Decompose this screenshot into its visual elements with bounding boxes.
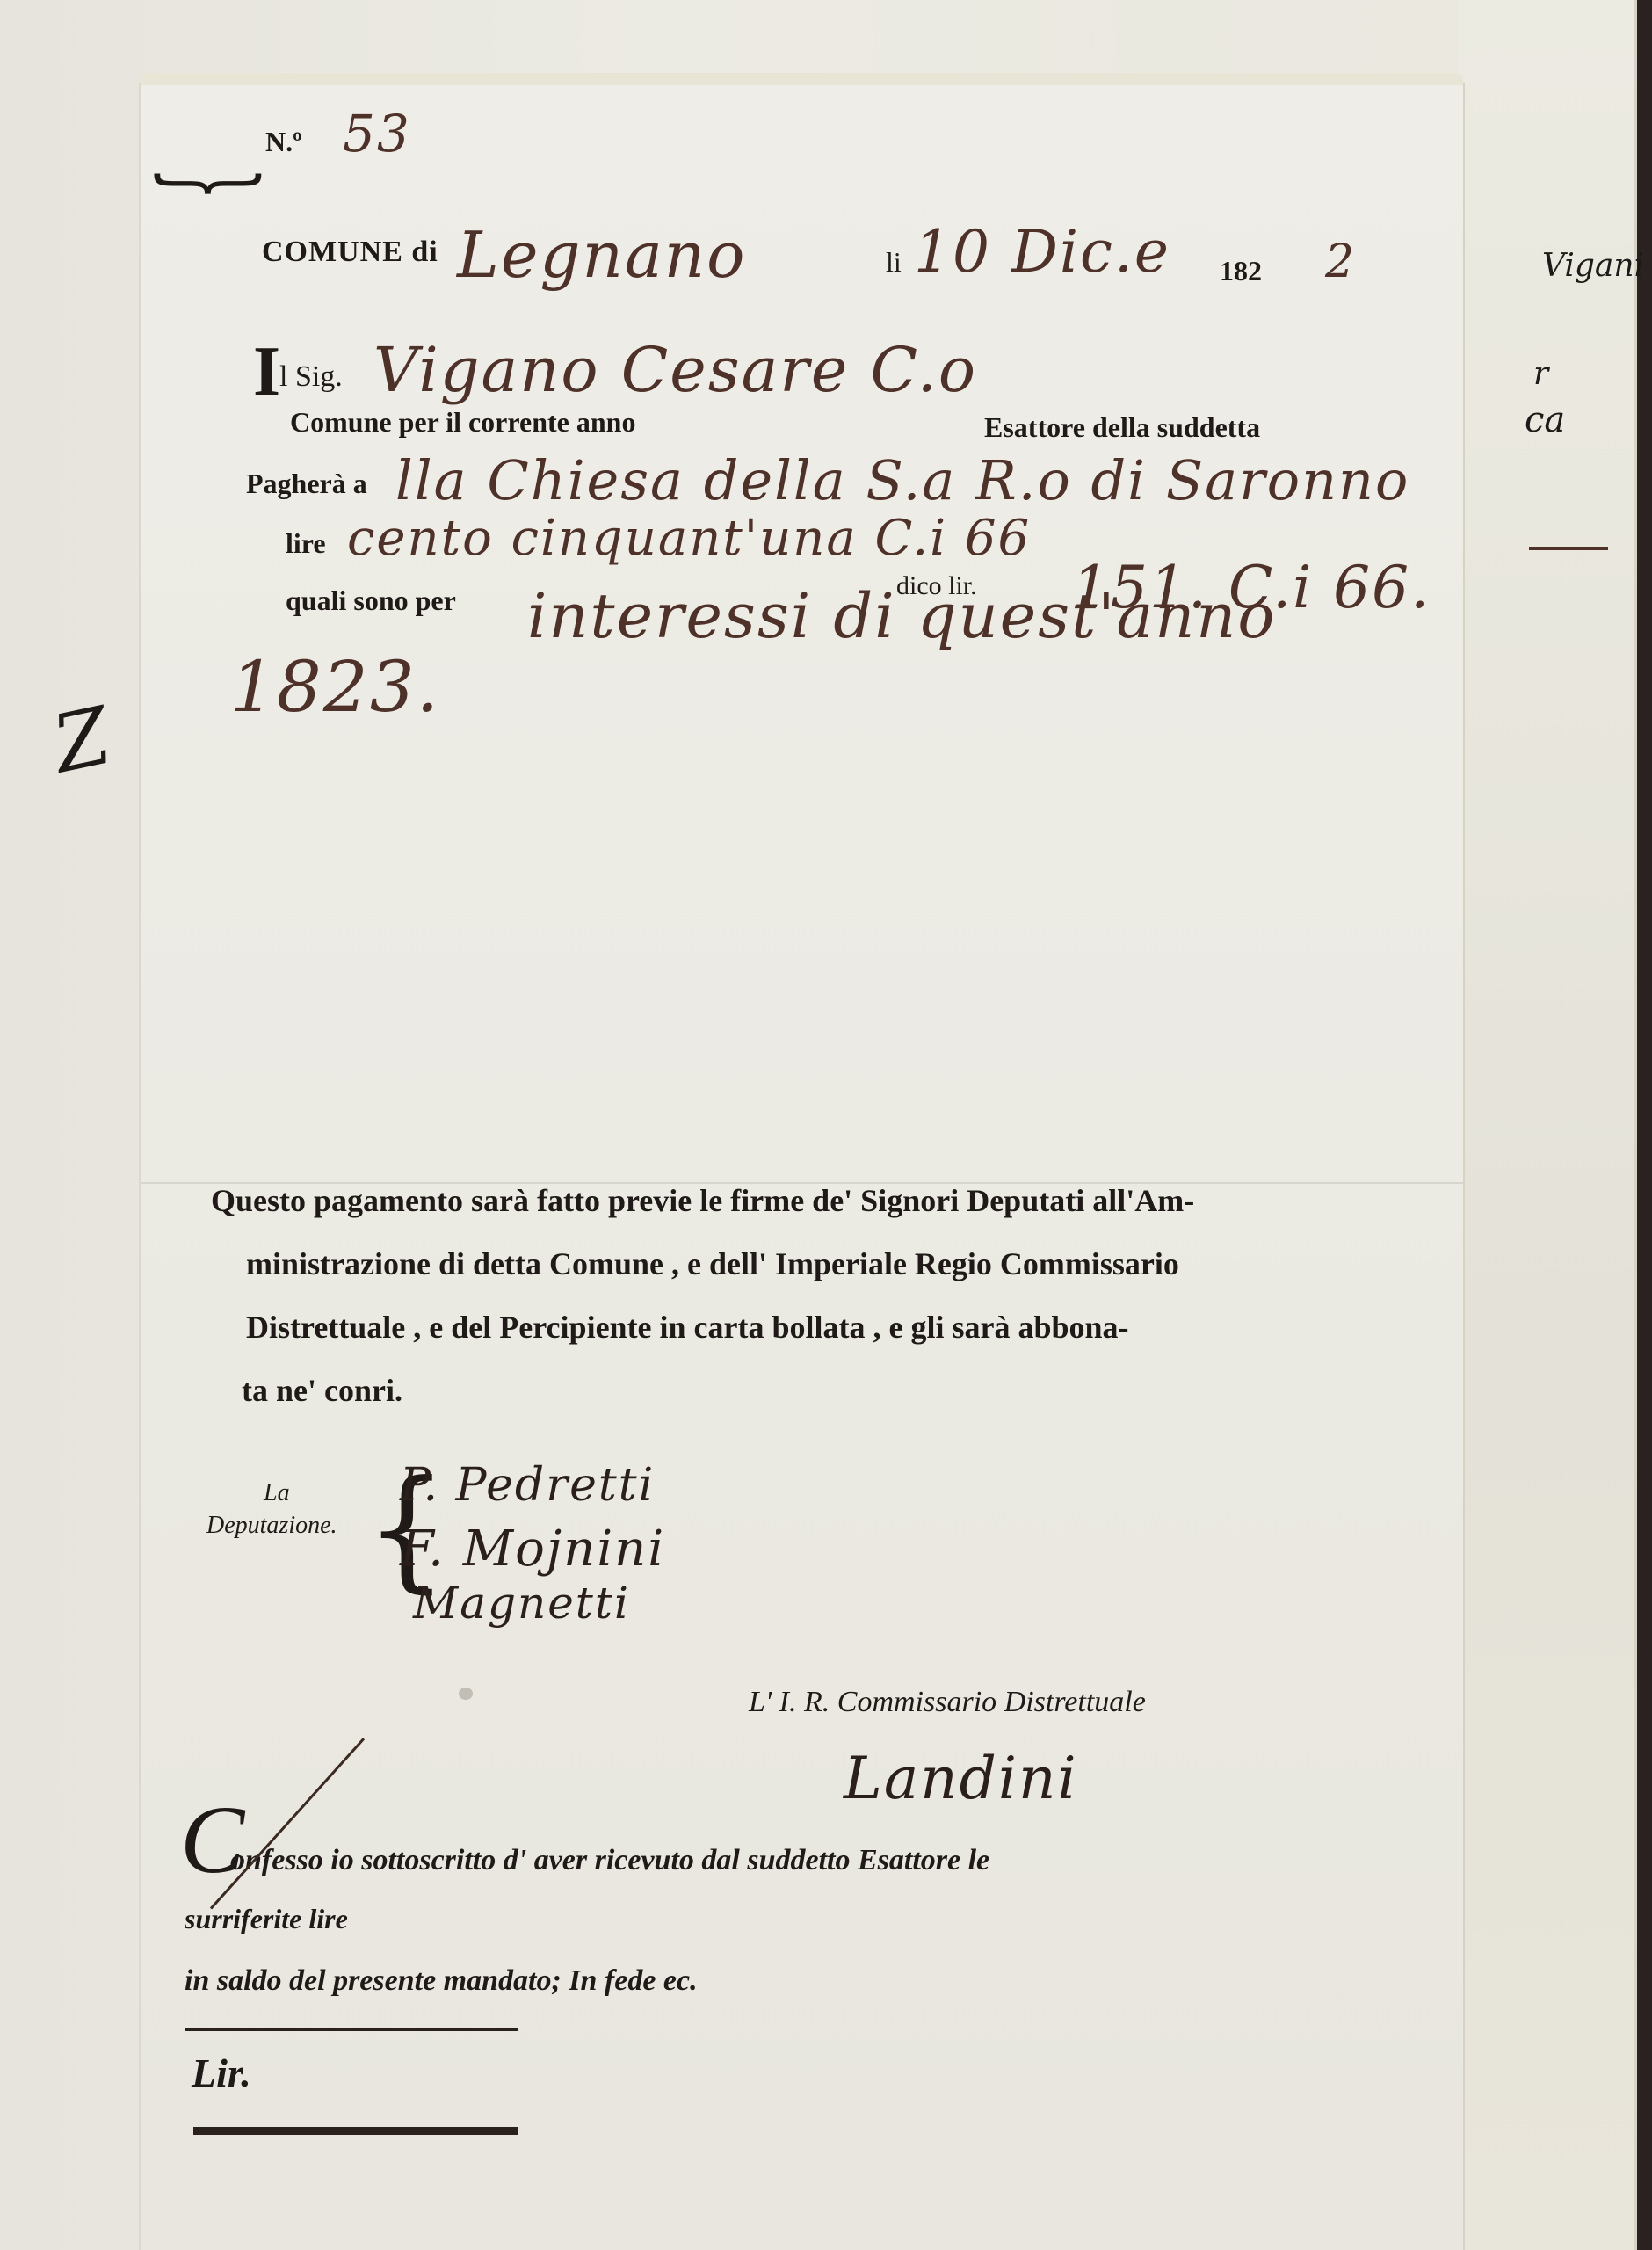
paghera-value: lla Chiesa della S.a R.o di Saronno (395, 448, 1409, 512)
date-label: li (886, 246, 902, 279)
sig-label: l Sig. (279, 360, 343, 394)
back-sheet-edge (1459, 0, 1637, 2250)
comune-value: Legnano (457, 218, 747, 292)
quali-value: interessi di quest'anno (527, 580, 1277, 652)
confesso-line-1: onfesso io sottoscritto d' aver ricevuto… (230, 1844, 989, 1877)
confesso-line-2: surriferite lire (185, 1903, 348, 1935)
right-margin-note-1: Vigani (1542, 248, 1644, 284)
sig-value: Vigano Cesare C.o (373, 334, 977, 406)
esattore-label: Esattore della suddetta (984, 411, 1260, 444)
paragraph-line: Distrettuale , e del Percipiente in cart… (211, 1296, 1194, 1359)
paragraph-line: ministrazione di detta Comune , e dell' … (211, 1232, 1194, 1296)
lire-underline (1529, 547, 1608, 550)
sig-initial: I (253, 332, 280, 412)
ink-stain (459, 1687, 473, 1700)
lir-top-rule (185, 2028, 518, 2031)
right-margin-note-3: ca (1525, 400, 1565, 440)
number-brace: } (144, 167, 279, 176)
comune-line: Comune per il corrente anno (290, 406, 635, 439)
deputazione-label-1: La (264, 1479, 290, 1507)
year-hand: 2 (1325, 236, 1356, 288)
quali-label: quali sono per (286, 584, 456, 617)
deputazione-signature-3: Magnetti (413, 1578, 630, 1629)
comune-label: COMUNE di (262, 236, 438, 269)
lire-value: cento cinquant'una C.i 66 (347, 510, 1031, 567)
number-value: 53 (343, 104, 411, 163)
right-margin-note-2: r (1533, 356, 1548, 392)
confesso-line-3: in saldo del presente mandato; In fede e… (185, 1964, 698, 1998)
deputazione-signature-1: P. Pedretti (400, 1459, 655, 1512)
year-printed: 182 (1220, 255, 1262, 287)
paragraph-line: ta ne' conri. (211, 1359, 1194, 1422)
quali-value-year: 1823. (230, 646, 440, 728)
paghera-label: Pagherà a (246, 468, 367, 500)
commissario-label: L' I. R. Commissario Distrettuale (749, 1686, 1146, 1719)
lir-label: Lir. (192, 2050, 251, 2096)
number-label: N.º (265, 126, 302, 158)
payment-paragraph: Questo pagamento sarà fatto previe le fi… (211, 1169, 1194, 1422)
date-value: 10 Dic.e (914, 218, 1170, 286)
lire-label: lire (286, 527, 326, 560)
commissario-signature: Landini (844, 1745, 1078, 1812)
paragraph-line: Questo pagamento sarà fatto previe le fi… (211, 1169, 1194, 1232)
lir-bottom-rule (193, 2127, 518, 2135)
deputazione-label-2: Deputazione. (206, 1512, 337, 1540)
deputazione-signature-2: F. Mojnini (400, 1521, 665, 1578)
